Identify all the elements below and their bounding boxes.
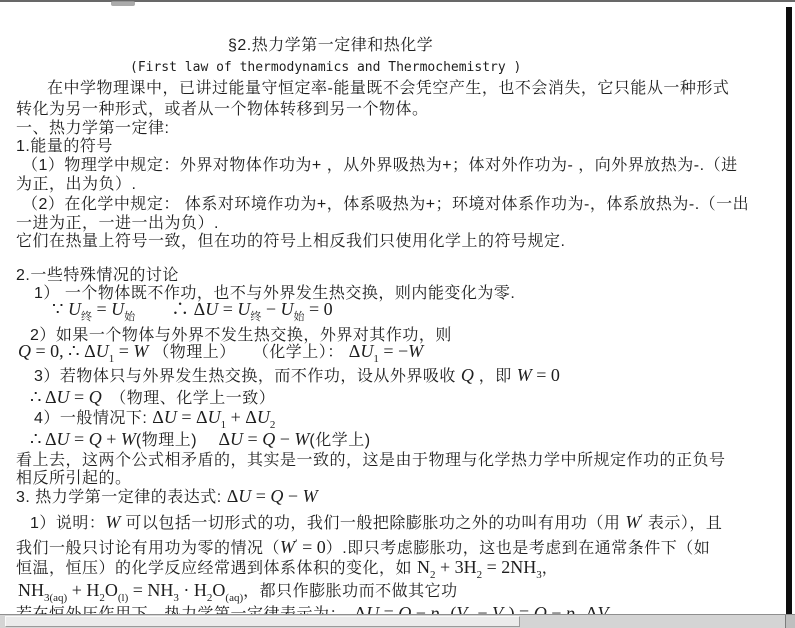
scrollbar-right-edge [785, 615, 795, 628]
doc-line-16: ∴ ΔU = Q （物理、化学上一致） [30, 388, 275, 408]
doc-line-20: 相反所引起的。 [16, 469, 132, 488]
doc-line-6: 为正，出为负）. [16, 175, 136, 194]
document-title: §2.热力学第一定律和热化学 [228, 36, 433, 55]
doc-line-22: 1）说明：W 可以包括一切形式的功，我们一般把除膨胀功之外的功叫有用功（用 W′… [30, 509, 722, 533]
document-subtitle: (First law of thermodynamics and Thermoc… [130, 58, 521, 77]
doc-line-10: 2.一些特殊情况的讨论 [16, 266, 179, 285]
horizontal-scrollbar[interactable] [0, 614, 795, 628]
doc-line-3: 一、热力学第一定律: [16, 119, 169, 138]
doc-line-15: 3）若物体只与外界发生热交换，而不作功，设从外界吸收 Q ，即 W = 0 [34, 366, 560, 386]
doc-line-8: 一进为正，一进一出为负）. [16, 214, 219, 233]
doc-line-9: 它们在热量上符号一致，但在功的符号上相反我们只使用化学上的符号规定. [16, 232, 565, 251]
doc-line-14: Q = 0, ∴ ΔU1 = W （物理上） （化学上）： ΔU1 = −W [18, 342, 423, 369]
doc-line-19: 看上去，这两个公式相矛盾的，其实是一致的，这是由于物理与化学热力学中所规定作功的… [16, 451, 726, 470]
doc-line-21: 3. 热力学第一定律的表达式: ΔU = Q − W [16, 487, 318, 507]
horizontal-scrollbar-thumb[interactable] [5, 616, 520, 627]
doc-line-7: （2）在化学中规定： 体系对环境作功为+，体系吸热为+；环境对体系作功为-，体系… [22, 195, 749, 214]
doc-line-4: 1.能量的符号 [16, 137, 113, 156]
scan-artifact [111, 1, 135, 6]
doc-line-2: 转化为另一种形式，或者从一个物体转移到另一个物体。 [16, 100, 429, 119]
page-right-edge-shadow [786, 7, 792, 615]
doc-line-18: ∴ ΔU = Q + W(物理上) ΔU = Q − W(化学上) [30, 430, 371, 450]
doc-line-5: （1）物理学中规定：外界对物体作功为+ ，从外界吸热为+；体对外作功为- ，向外… [22, 156, 738, 175]
doc-line-23: 我们一般只讨论有用功为零的情况（W′ = 0）.即只考虑膨胀功，这也是考虑到在通… [16, 534, 710, 558]
doc-line-1: 在中学物理课中，已讲过能量守恒定率-能量既不会凭空产生，也不会消失，它只能从一种… [47, 79, 729, 98]
doc-line-12: ∵ U终 = U始 ∴ ΔU = U终 − U始 = 0 [52, 300, 333, 327]
